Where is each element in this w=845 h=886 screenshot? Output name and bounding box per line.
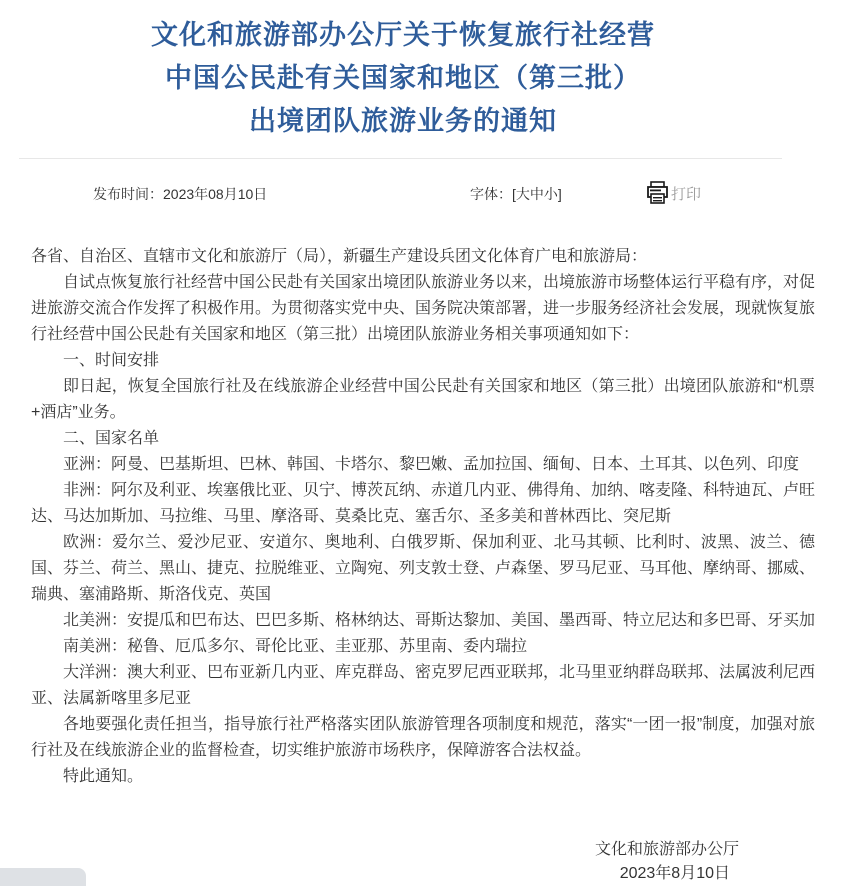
signature-block: 文化和旅游部办公厅 2023年8月10日 <box>0 840 845 884</box>
signature-org: 文化和旅游部办公厅 <box>0 840 739 860</box>
document-body: 各省、自治区、直辖市文化和旅游厅（局），新疆生产建设兵团文化体育广电和旅游局： … <box>0 244 845 790</box>
notice-title-line-2: 中国公民赴有关国家和地区（第三批） <box>0 57 806 100</box>
corner-overlay <box>0 868 86 886</box>
font-size-control: 字体：[大中小] <box>470 184 562 204</box>
publish-time: 发布时间：2023年08月10日 <box>93 184 267 204</box>
paragraph-requirements: 各地要强化责任担当，指导旅行社严格落实团队旅游管理各项制度和规范，落实“一团一报… <box>31 712 815 764</box>
section-heading-1: 一、时间安排 <box>31 348 815 374</box>
printer-icon <box>646 180 670 206</box>
country-list-africa: 非洲：阿尔及利亚、埃塞俄比亚、贝宁、博茨瓦纳、赤道几内亚、佛得角、加纳、喀麦隆、… <box>31 478 815 530</box>
font-size-label: 字体： <box>470 186 512 202</box>
notice-title-line-1: 文化和旅游部办公厅关于恢复旅行社经营 <box>0 14 806 57</box>
notice-title: 文化和旅游部办公厅关于恢复旅行社经营 中国公民赴有关国家和地区（第三批） 出境团… <box>0 0 806 143</box>
font-size-large-button[interactable]: 大 <box>516 186 530 202</box>
paragraph-salutation: 各省、自治区、直辖市文化和旅游厅（局），新疆生产建设兵团文化体育广电和旅游局： <box>31 244 815 270</box>
country-list-south-america: 南美洲：秘鲁、厄瓜多尔、哥伦比亚、圭亚那、苏里南、委内瑞拉 <box>31 634 815 660</box>
notice-title-line-3: 出境团队旅游业务的通知 <box>0 100 806 143</box>
country-list-oceania: 大洋洲：澳大利亚、巴布亚新几内亚、库克群岛、密克罗尼西亚联邦，北马里亚纳群岛联邦… <box>31 660 815 712</box>
country-list-europe: 欧洲：爱尔兰、爱沙尼亚、安道尔、奥地利、白俄罗斯、保加利亚、北马其顿、比利时、波… <box>31 530 815 608</box>
signature-date: 2023年8月10日 <box>0 864 739 884</box>
paragraph-section-1: 即日起，恢复全国旅行社及在线旅游企业经营中国公民赴有关国家和地区（第三批）出境团… <box>31 374 815 426</box>
title-divider <box>19 158 782 159</box>
font-size-bracket-close: ] <box>558 186 562 202</box>
paragraph-closing: 特此通知。 <box>31 764 815 790</box>
print-label: 打印 <box>671 183 701 204</box>
font-size-medium-button[interactable]: 中 <box>530 186 544 202</box>
country-list-asia: 亚洲：阿曼、巴基斯坦、巴林、韩国、卡塔尔、黎巴嫩、孟加拉国、缅甸、日本、土耳其、… <box>31 452 815 478</box>
country-list-north-america: 北美洲：安提瓜和巴布达、巴巴多斯、格林纳达、哥斯达黎加、美国、墨西哥、特立尼达和… <box>31 608 815 634</box>
print-button[interactable]: 打印 <box>646 180 701 206</box>
meta-row: 发布时间：2023年08月10日 字体：[大中小] 打印 <box>0 180 845 206</box>
section-heading-2: 二、国家名单 <box>31 426 815 452</box>
publish-time-label: 发布时间： <box>93 186 163 202</box>
publish-time-value: 2023年08月10日 <box>163 186 267 202</box>
paragraph-intro: 自试点恢复旅行社经营中国公民赴有关国家出境团队旅游业务以来，出境旅游市场整体运行… <box>31 270 815 348</box>
font-size-small-button[interactable]: 小 <box>544 186 558 202</box>
